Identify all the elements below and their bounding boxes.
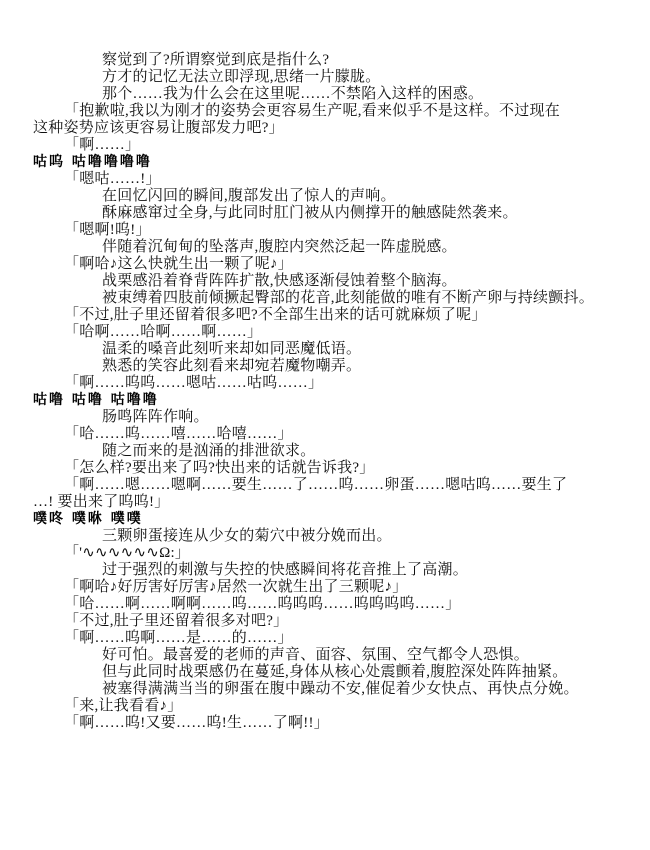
narration-line: 熟悉的笑容此刻看来却宛若魔物嘲弄。 [33,358,624,375]
sfx-heading: 咕呜 咕噜噜噜噜 [33,154,624,171]
narration-line: 被塞得满满当当的卵蛋在腹中躁动不安,催促着少女快点、再快点分娩。 [33,681,624,698]
narration-line: 被束缚着四肢前倾撅起臀部的花音,此刻能做的唯有不断产卵与持续颤抖。 [33,290,624,307]
dialogue-line: 「来,让我看看♪」 [33,698,624,715]
dialogue-line: 「不过,肚子里还留着很多吧?不全部生出来的话可就麻烦了呢」 [33,307,624,324]
dialogue-line: 「哈……呜……嘻……哈嘻……」 [33,426,624,443]
novel-page: 察觉到了?所谓察觉到底是指什么?方才的记忆无法立即浮现,思绪一片朦胧。那个……我… [0,0,650,850]
narration-line: 三颗卵蛋接连从少女的菊穴中被分娩而出。 [33,528,624,545]
dialogue-line: 「不过,肚子里还留着很多对吧?」 [33,613,624,630]
dialogue-line: 「哈……啊……啊啊……呜……呜呜呜……呜呜呜呜……」 [33,596,624,613]
narration-line: 随之而来的是汹涌的排泄欲求。 [33,443,624,460]
dialogue-line: 「哈啊……哈啊……啊……」 [33,324,624,341]
dialogue-line: 「啊……呜呜……嗯咕……咕呜……」 [33,375,624,392]
dialogue-line: 「抱歉啦,我以为刚才的姿势会更容易生产呢,看来似乎不是这样。不过现在 [33,103,624,120]
dialogue-line: 「啊……」 [33,137,624,154]
narration-line: 过于强烈的刺激与失控的快感瞬间将花音推上了高潮。 [33,562,624,579]
dialogue-line: 「啊……嗯……嗯啊……要生……了……呜……卵蛋……嗯咕呜……要生了 [33,477,624,494]
narration-line: 酥麻感窜过全身,与此同时肛门被从内侧撑开的触感陡然袭来。 [33,205,624,222]
dialogue-line: 「'∿∿∿∿∿∿Ω:」 [33,545,624,562]
continuation-line: …! 要出来了呜呜!」 [33,494,624,511]
dialogue-line: 「怎么样?要出来了吗?快出来的话就告诉我?」 [33,460,624,477]
dialogue-line: 「嗯啊!呜!」 [33,222,624,239]
narration-line: 伴随着沉甸甸的坠落声,腹腔内突然泛起一阵虚脱感。 [33,239,624,256]
novel-text-body: 察觉到了?所谓察觉到底是指什么?方才的记忆无法立即浮现,思绪一片朦胧。那个……我… [33,52,624,732]
dialogue-line: 「嗯咕……!」 [33,171,624,188]
dialogue-line: 「啊……呜!又要……呜!生……了啊!!」 [33,715,624,732]
narration-line: 战栗感沿着脊背阵阵扩散,快感逐渐侵蚀着整个脑海。 [33,273,624,290]
narration-line: 好可怕。最喜爱的老师的声音、面容、氛围、空气都令人恐惧。 [33,647,624,664]
narration-line: 那个……我为什么会在这里呢……不禁陷入这样的困惑。 [33,86,624,103]
narration-line: 肠鸣阵阵作响。 [33,409,624,426]
sfx-heading: 噗咚 噗咻 噗噗 [33,511,624,528]
sfx-heading: 咕噜 咕噜 咕噜噜 [33,392,624,409]
continuation-line: 这种姿势应该更容易让腹部发力吧?」 [33,120,624,137]
narration-line: 温柔的嗓音此刻听来却如同恶魔低语。 [33,341,624,358]
dialogue-line: 「啊哈♪这么快就生出一颗了呢♪」 [33,256,624,273]
narration-line: 在回忆闪回的瞬间,腹部发出了惊人的声响。 [33,188,624,205]
narration-line: 方才的记忆无法立即浮现,思绪一片朦胧。 [33,69,624,86]
narration-line: 但与此同时战栗感仍在蔓延,身体从核心处震颤着,腹腔深处阵阵抽紧。 [33,664,624,681]
dialogue-line: 「啊……呜啊……是……的……」 [33,630,624,647]
dialogue-line: 「啊哈♪好厉害好厉害♪居然一次就生出了三颗呢♪」 [33,579,624,596]
narration-line: 察觉到了?所谓察觉到底是指什么? [33,52,624,69]
